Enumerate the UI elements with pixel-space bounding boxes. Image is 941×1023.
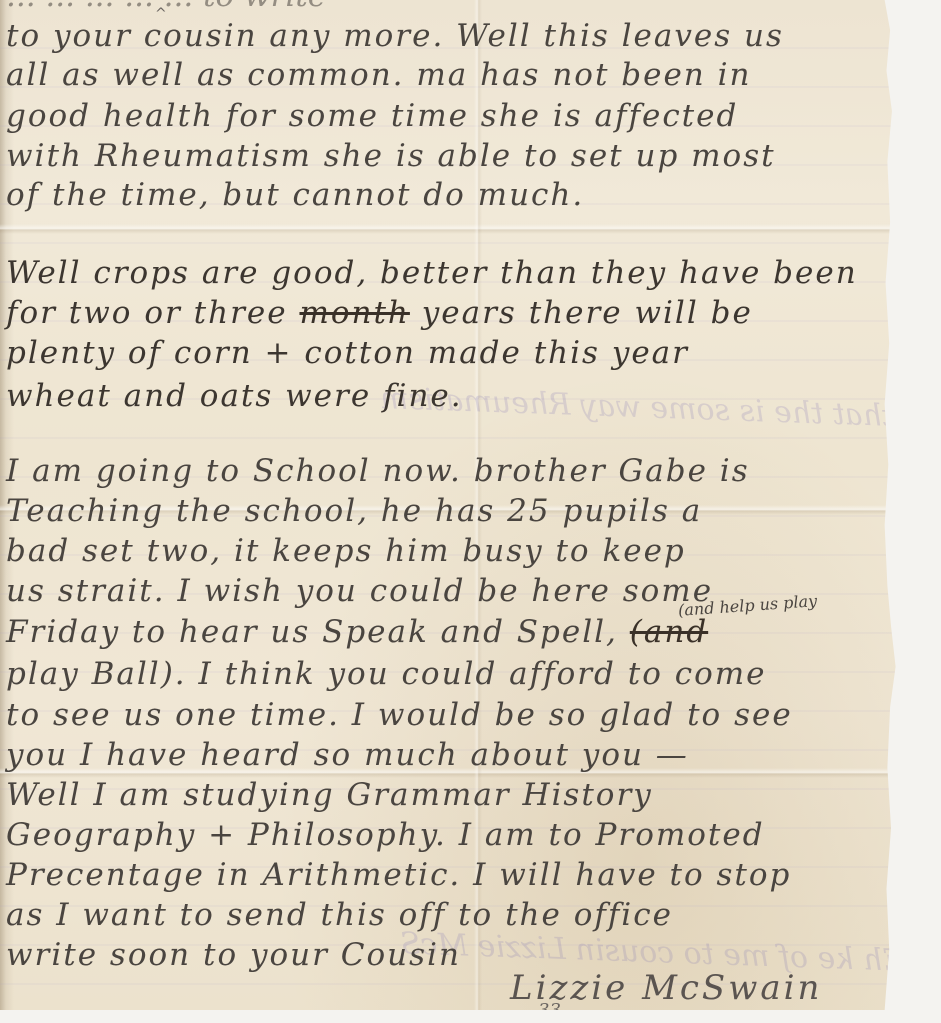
letter-line: with Rheumatism she is able to set up mo…	[6, 138, 776, 174]
letter-text: Friday to hear us Speak and Spell,	[6, 614, 618, 650]
letter-line: of the time, but cannot do much.	[6, 177, 584, 213]
letter-line: all as well as common. ma has not been i…	[6, 57, 752, 93]
letter-line: to see us one time. I would be so glad t…	[6, 697, 793, 733]
letter-line: as I want to send this off to the office	[6, 897, 673, 933]
letter-line: Well crops are good, better than they ha…	[6, 255, 858, 291]
letter-line: play Ball). I think you could afford to …	[6, 656, 767, 692]
letter-line: Teaching the school, he has 25 pupils a	[6, 493, 702, 529]
struck-word: (and	[630, 614, 708, 650]
letter-text: for two or three	[6, 295, 288, 331]
letter-line: Geography + Philosophy. I am to Promoted	[6, 817, 765, 853]
letter-line: Friday to hear us Speak and Spell, (and	[6, 614, 708, 650]
letter-line: Well I am studying Grammar History	[6, 777, 653, 813]
page-number: 33	[538, 1000, 561, 1021]
letter-text: years there will be	[422, 295, 753, 331]
struck-word: month	[299, 295, 409, 331]
letter-line: write soon to your Cousin	[6, 937, 461, 973]
letter-line: plenty of corn + cotton made this year	[6, 335, 689, 371]
horizontal-fold-crease	[0, 224, 912, 234]
letter-line: Precentage in Arithmetic. I will have to…	[6, 857, 791, 893]
letter-line: I am going to School now. brother Gabe i…	[6, 453, 750, 489]
letter-line: for two or three month years there will …	[6, 295, 753, 331]
letter-line: wheat and oats were fine.	[6, 378, 463, 414]
letter-line: bad set two, it keeps him busy to keep	[6, 533, 686, 569]
letter-line: you I have heard so much about you —	[6, 737, 689, 773]
letter-line: us strait. I wish you could be here some	[6, 573, 713, 609]
letter-line: to your cousin any more. Well this leave…	[6, 18, 784, 54]
letter-page: that the is some way Rheumatism Eh ke of…	[0, 0, 912, 1010]
letter-line: good health for some time she is affecte…	[6, 98, 738, 134]
